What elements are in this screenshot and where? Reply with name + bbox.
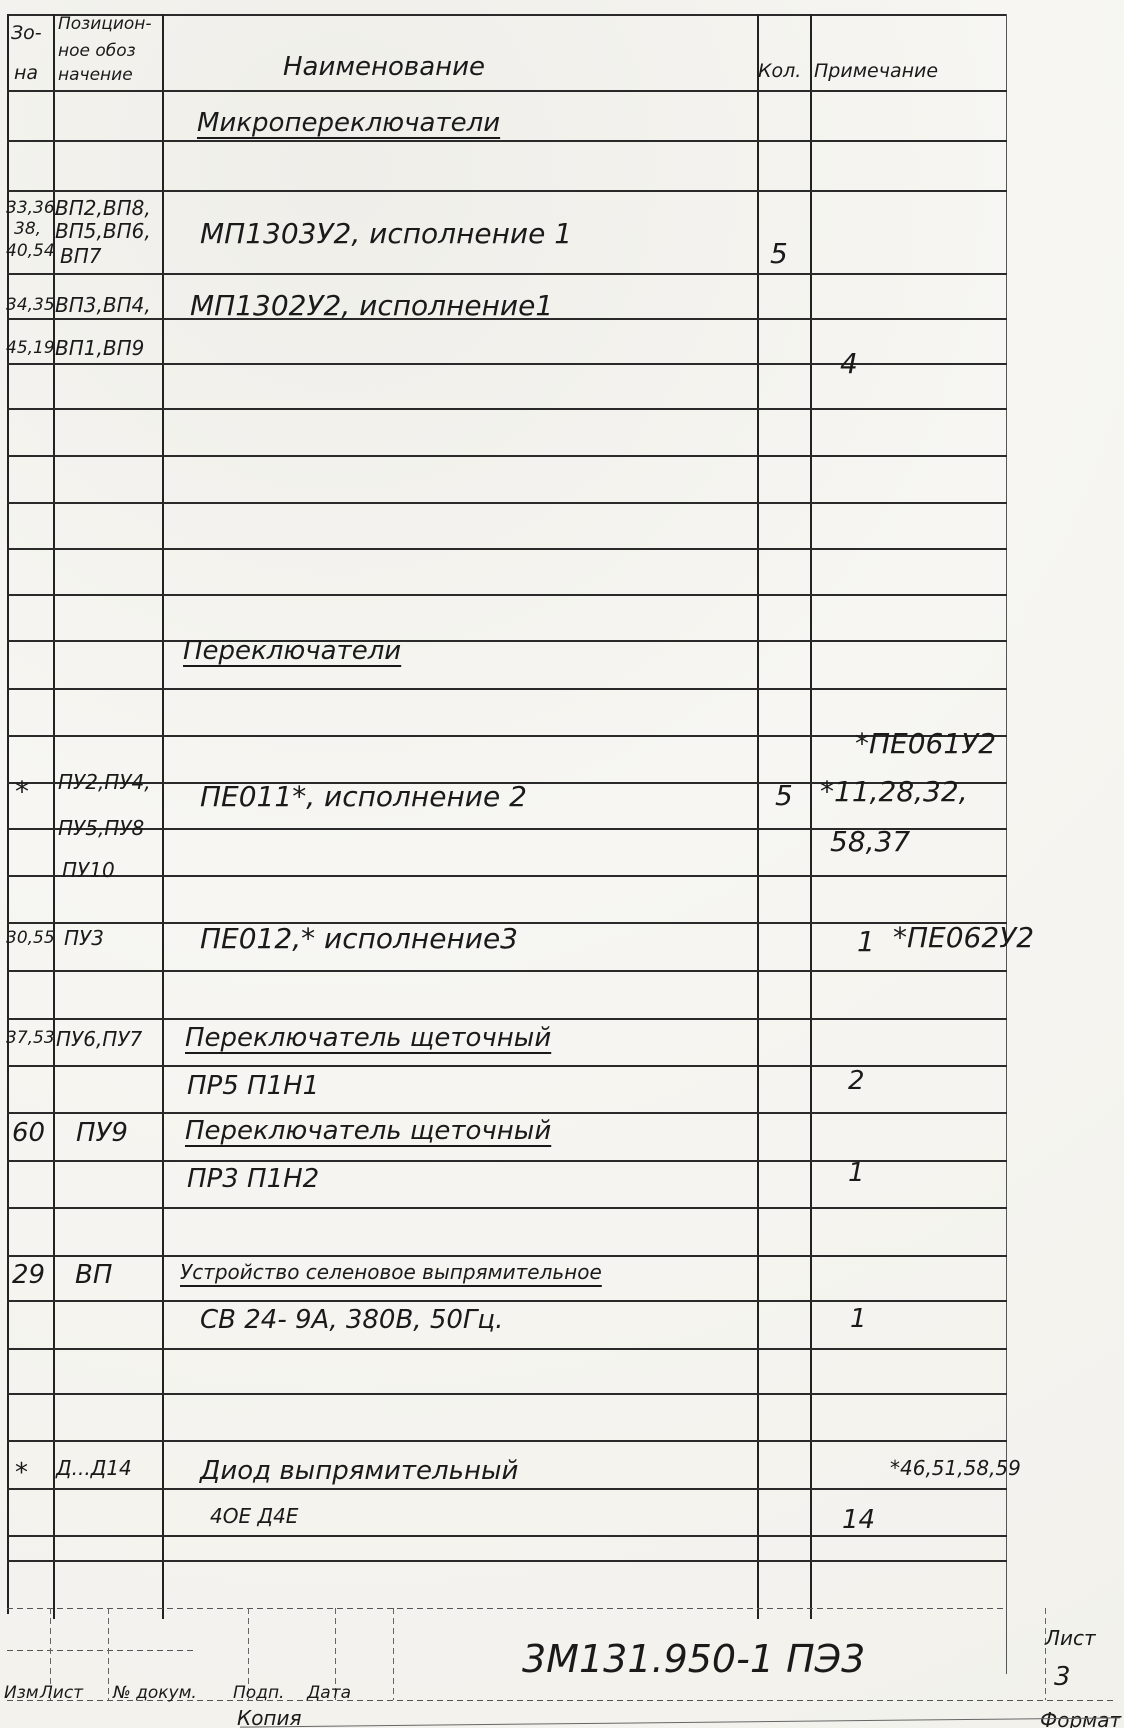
tb-label-izm: Изм bbox=[4, 1685, 39, 1702]
row-line bbox=[7, 1207, 1007, 1209]
frame-top bbox=[7, 14, 1007, 16]
row9-name-2: 4ОЕ Д4Е bbox=[210, 1506, 298, 1526]
col-divider-qty bbox=[810, 14, 812, 1619]
sheet-label: Лист bbox=[1045, 1628, 1096, 1648]
section-title-switches: Переключатели bbox=[183, 638, 401, 664]
row2-position: ВП3,ВП4, bbox=[55, 295, 151, 315]
row5-position: ПУ3 bbox=[64, 928, 104, 948]
row3-zone: 45,19 bbox=[6, 340, 55, 357]
row-line bbox=[7, 190, 1007, 192]
row1-position-1: ВП2,ВП8, bbox=[55, 198, 151, 218]
row4-position-2: ПУ5,ПУ8 bbox=[58, 818, 144, 838]
row2-name: МП1302У2, исполнение1 bbox=[190, 292, 553, 320]
row-line bbox=[7, 548, 1007, 550]
row-line bbox=[7, 90, 1007, 92]
row-line bbox=[7, 1348, 1007, 1350]
tb-label-signature: Подп. bbox=[233, 1685, 284, 1702]
row4-zone: * bbox=[15, 778, 29, 806]
header-position-2: ное обоз bbox=[58, 43, 136, 60]
row-line bbox=[7, 1300, 1007, 1302]
row-line bbox=[7, 640, 1007, 642]
row1-position-3: ВП7 bbox=[60, 246, 101, 266]
row4-qty: 5 bbox=[775, 782, 793, 810]
row5-name: ПЕ012,* исполнение3 bbox=[200, 925, 518, 953]
row4-position-3: ПУ10 bbox=[62, 860, 115, 880]
row5-note: *ПЕ062У2 bbox=[893, 924, 1034, 952]
row-line bbox=[7, 1488, 1007, 1490]
row9-note: *46,51,58,59 bbox=[890, 1458, 1021, 1478]
row-line bbox=[7, 875, 1007, 877]
row7-name-1: Переключатель щеточный bbox=[185, 1118, 551, 1144]
row1-name: МП1303У2, исполнение 1 bbox=[200, 220, 572, 248]
row8-name-1: Устройство селеновое выпрямительное bbox=[180, 1262, 602, 1282]
row8-position: ВП bbox=[75, 1262, 112, 1288]
row1-zone-3: 40,54 bbox=[6, 243, 55, 260]
row8-qty: 1 bbox=[850, 1306, 867, 1332]
tb-col-sheet bbox=[1045, 1608, 1046, 1700]
spec-sheet: Зо- на Позицион- ное обоз начение Наимен… bbox=[0, 0, 1124, 1728]
row-line bbox=[7, 1018, 1007, 1020]
row8-zone: 29 bbox=[12, 1262, 45, 1288]
tb-col-5 bbox=[393, 1608, 394, 1700]
row-line bbox=[7, 140, 1007, 142]
row-line bbox=[7, 502, 1007, 504]
sheet-number: 3 bbox=[1054, 1664, 1071, 1690]
row3-qty: 4 bbox=[840, 350, 858, 378]
row3-position: ВП1,ВП9 bbox=[55, 338, 144, 358]
row6-qty: 2 bbox=[848, 1068, 865, 1094]
row-line bbox=[7, 455, 1007, 457]
row-line bbox=[7, 273, 1007, 275]
row7-qty: 1 bbox=[848, 1160, 865, 1186]
title-block-mid bbox=[7, 1650, 197, 1651]
section-title-microswitches: Микропереключатели bbox=[197, 110, 500, 136]
row6-zone: 37,53 bbox=[6, 1030, 55, 1047]
title-block-top bbox=[7, 1608, 1007, 1609]
row-line bbox=[7, 1535, 1007, 1537]
row1-zone-1: 33,36, bbox=[6, 200, 60, 217]
row1-zone-2: 38, bbox=[14, 221, 41, 238]
frame-right bbox=[1006, 14, 1007, 1674]
row6-name-2: ПР5 П1Н1 bbox=[187, 1073, 319, 1099]
footer-line bbox=[240, 1717, 1120, 1727]
header-name: Наименование bbox=[283, 54, 485, 80]
header-position-1: Позицион- bbox=[58, 16, 152, 33]
col-divider-name bbox=[757, 14, 759, 1619]
row1-position-2: ВП5,ВП6, bbox=[55, 221, 151, 241]
row4-note-1: *ПЕ061У2 bbox=[855, 730, 996, 758]
row4-name: ПЕ011*, исполнение 2 bbox=[200, 783, 527, 811]
tb-label-date: Дата bbox=[307, 1685, 351, 1702]
tb-col-2 bbox=[108, 1608, 109, 1700]
row7-zone: 60 bbox=[12, 1120, 45, 1146]
header-note: Примечание bbox=[814, 62, 938, 81]
row-line bbox=[7, 594, 1007, 596]
row9-qty: 14 bbox=[842, 1507, 875, 1533]
row6-name-1: Переключатель щеточный bbox=[185, 1025, 551, 1051]
row-line bbox=[7, 1440, 1007, 1442]
col-divider-position bbox=[162, 14, 164, 1619]
row-line bbox=[7, 408, 1007, 410]
row9-position: Д...Д14 bbox=[56, 1458, 132, 1478]
row7-name-2: ПР3 П1Н2 bbox=[187, 1166, 319, 1192]
row4-note-2: *11,28,32, bbox=[820, 778, 968, 806]
tb-label-doc-number: № докум. bbox=[113, 1685, 197, 1702]
row-line bbox=[7, 1560, 1007, 1562]
tb-label-list: Лист bbox=[40, 1685, 83, 1702]
row5-qty: 1 bbox=[857, 928, 875, 956]
row2-zone: 34,35 bbox=[6, 297, 55, 314]
row-line bbox=[7, 688, 1007, 690]
row-line bbox=[7, 1112, 1007, 1114]
header-position-3: начение bbox=[58, 67, 133, 84]
footer-copy: Копия bbox=[237, 1708, 302, 1728]
document-designation: 3М131.950-1 ПЭ3 bbox=[522, 1640, 865, 1678]
row4-note-3: 58,37 bbox=[830, 828, 910, 856]
row-line bbox=[7, 1255, 1007, 1257]
row8-name-2: СВ 24- 9А, 380В, 50Гц. bbox=[200, 1307, 503, 1333]
row4-position-1: ПУ2,ПУ4, bbox=[58, 772, 151, 792]
row-line bbox=[7, 970, 1007, 972]
header-zone-1: Зо- bbox=[11, 24, 42, 43]
header-zone-2: на bbox=[14, 64, 38, 83]
row6-position: ПУ6,ПУ7 bbox=[56, 1029, 142, 1049]
row-line bbox=[7, 1393, 1007, 1395]
row5-zone: 30,55 bbox=[6, 930, 55, 947]
row1-qty: 5 bbox=[770, 240, 788, 268]
row9-name-1: Диод выпрямительный bbox=[200, 1458, 518, 1484]
header-qty: Кол. bbox=[758, 62, 801, 81]
row9-zone: * bbox=[15, 1460, 28, 1486]
row7-position: ПУ9 bbox=[76, 1120, 128, 1146]
